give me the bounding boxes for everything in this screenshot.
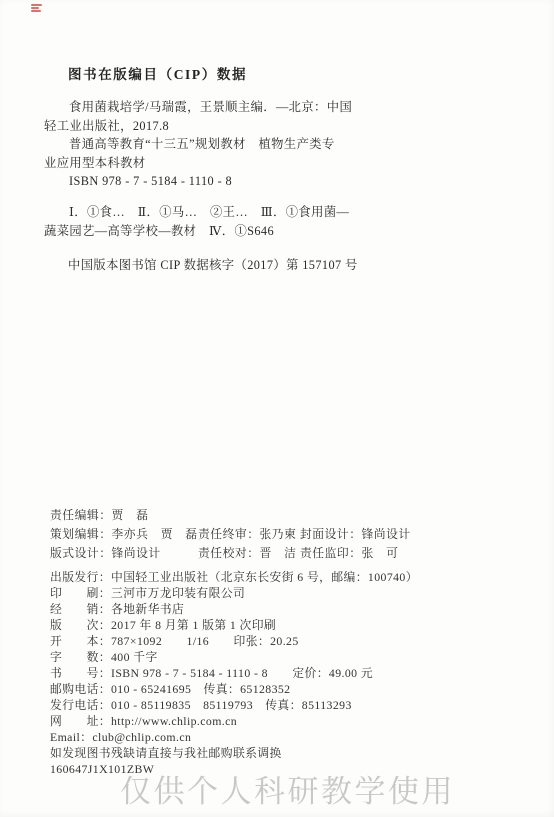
cip-record-line: 普通高等教育“十三五”规划教材 植物生产类专	[44, 135, 484, 154]
email-address: club@chlip.com.cn	[92, 730, 191, 744]
staff-label: 责任校对：	[198, 546, 260, 560]
cip-classification-block: Ⅰ．①食… Ⅱ．①马… ②王… Ⅲ．①食用菌— 蔬菜园艺—高等学校—教材 Ⅳ．①…	[44, 203, 484, 240]
colophon-row-publisher: 出版发行：中国轻工业出版社（北京东长安街 6 号，邮编：100740）	[50, 569, 530, 585]
colophon-row-edition: 版 次：2017 年 8 月第 1 版第 1 次印刷	[50, 617, 530, 633]
colophon-label: 开 本：	[50, 634, 111, 648]
colophon-label: 字 数：	[50, 650, 111, 664]
staff-cell: 版式设计：锋尚设计	[50, 544, 161, 561]
colophon-block: 出版发行：中国轻工业出版社（北京东长安街 6 号，邮编：100740） 印 刷：…	[50, 569, 530, 777]
staff-cell: 策划编辑：李亦兵 贾 磊	[50, 525, 198, 542]
staff-value: 张乃柬	[260, 527, 297, 541]
staff-cell: 责任校对：晋 洁	[198, 544, 296, 561]
colophon-label: 发行电话：	[50, 698, 111, 712]
colophon-label: Email：	[50, 730, 92, 744]
website-url: http://www.chlip.com.cn	[111, 714, 237, 728]
colophon-label: 邮购电话：	[50, 682, 111, 696]
watermark: 仅供个人科研教学使用	[120, 766, 455, 811]
red-stamp-mark	[31, 4, 42, 13]
staff-value: 李亦兵 贾 磊	[112, 527, 198, 541]
staff-cell: 封面设计：锋尚设计	[300, 525, 411, 542]
colophon-value: 010 - 85119835 85119793 传真：85113293	[111, 698, 352, 712]
cip-classification-line: Ⅰ．①食… Ⅱ．①马… ②王… Ⅲ．①食用菌—	[44, 203, 484, 222]
cip-record-line: 轻工业出版社，2017.8	[44, 117, 484, 136]
staff-label: 策划编辑：	[50, 527, 112, 541]
colophon-label: 版 次：	[50, 618, 111, 632]
colophon-value: 三河市万龙印装有限公司	[111, 586, 245, 600]
colophon-row-wordcount: 字 数：400 千字	[50, 649, 530, 665]
colophon-row-printer: 印 刷：三河市万龙印装有限公司	[50, 585, 530, 601]
colophon-value: 中国轻工业出版社（北京东长安街 6 号，邮编：100740）	[111, 570, 418, 584]
staff-value: 晋 洁	[260, 546, 297, 560]
colophon-label: 出版发行：	[50, 570, 111, 584]
colophon-row-sales-phone: 发行电话：010 - 85119835 85119793 传真：85113293	[50, 697, 530, 713]
staff-label: 责任编辑：	[50, 508, 112, 522]
staff-cell: 责任监印：张 可	[300, 544, 398, 561]
staff-label: 版式设计：	[50, 546, 112, 560]
cip-record-line: 食用菌栽培学/马瑞霞，王景顺主编．—北京：中国	[44, 98, 484, 117]
cip-record-block: 食用菌栽培学/马瑞霞，王景顺主编．—北京：中国 轻工业出版社，2017.8 普通…	[44, 98, 484, 191]
colophon-row-distributor: 经 销：各地新华书店	[50, 601, 530, 617]
cip-classification-line: 蔬菜园艺—高等学校—教材 Ⅳ．①S646	[44, 222, 484, 241]
colophon-label: 网 址：	[50, 714, 111, 728]
staff-cell: 责任终审：张乃柬	[198, 525, 296, 542]
colophon-row-format: 开 本：787×1092 1/16 印张：20.25	[50, 633, 530, 649]
colophon-value: 各地新华书店	[111, 602, 184, 616]
colophon-value: 400 千字	[111, 650, 158, 664]
staff-cell: 责任编辑：贾 磊	[50, 506, 148, 523]
colophon-row-website: 网 址：http://www.chlip.com.cn	[50, 713, 530, 729]
colophon-row-email: Email：club@chlip.com.cn	[50, 729, 530, 745]
staff-value: 锋尚设计	[362, 527, 411, 541]
staff-label: 责任终审：	[198, 527, 260, 541]
cip-registry-line: 中国版本图书馆 CIP 数据核字（2017）第 157107 号	[68, 255, 358, 273]
colophon-value: 010 - 65241695 传真：65128352	[111, 682, 291, 696]
staff-label: 封面设计：	[300, 527, 362, 541]
colophon-value: 787×1092 1/16 印张：20.25	[111, 634, 299, 648]
staff-value: 张 可	[362, 546, 399, 560]
colophon-row-mailorder-phone: 邮购电话：010 - 65241695 传真：65128352	[50, 681, 530, 697]
colophon-value: ISBN 978 - 7 - 5184 - 1110 - 8 定价：49.00 …	[111, 666, 373, 680]
staff-value: 锋尚设计	[112, 546, 161, 560]
colophon-label: 书 号：	[50, 666, 111, 680]
scan-page: 图书在版编目（CIP）数据 食用菌栽培学/马瑞霞，王景顺主编．—北京：中国 轻工…	[0, 0, 554, 817]
colophon-value: 2017 年 8 月第 1 版第 1 次印刷	[111, 618, 276, 632]
colophon-label: 经 销：	[50, 602, 111, 616]
staff-label: 责任监印：	[300, 546, 362, 560]
isbn-line: ISBN 978 - 7 - 5184 - 1110 - 8	[44, 172, 484, 191]
colophon-label: 印 刷：	[50, 586, 111, 600]
colophon-row-isbn-price: 书 号：ISBN 978 - 7 - 5184 - 1110 - 8 定价：49…	[50, 665, 530, 681]
cip-record-line: 业应用型本科教材	[44, 154, 484, 173]
cip-heading: 图书在版编目（CIP）数据	[68, 63, 247, 83]
damage-notice-line: 如发现图书残缺请直接与我社邮购联系调换	[50, 745, 530, 761]
staff-value: 贾 磊	[112, 508, 149, 522]
